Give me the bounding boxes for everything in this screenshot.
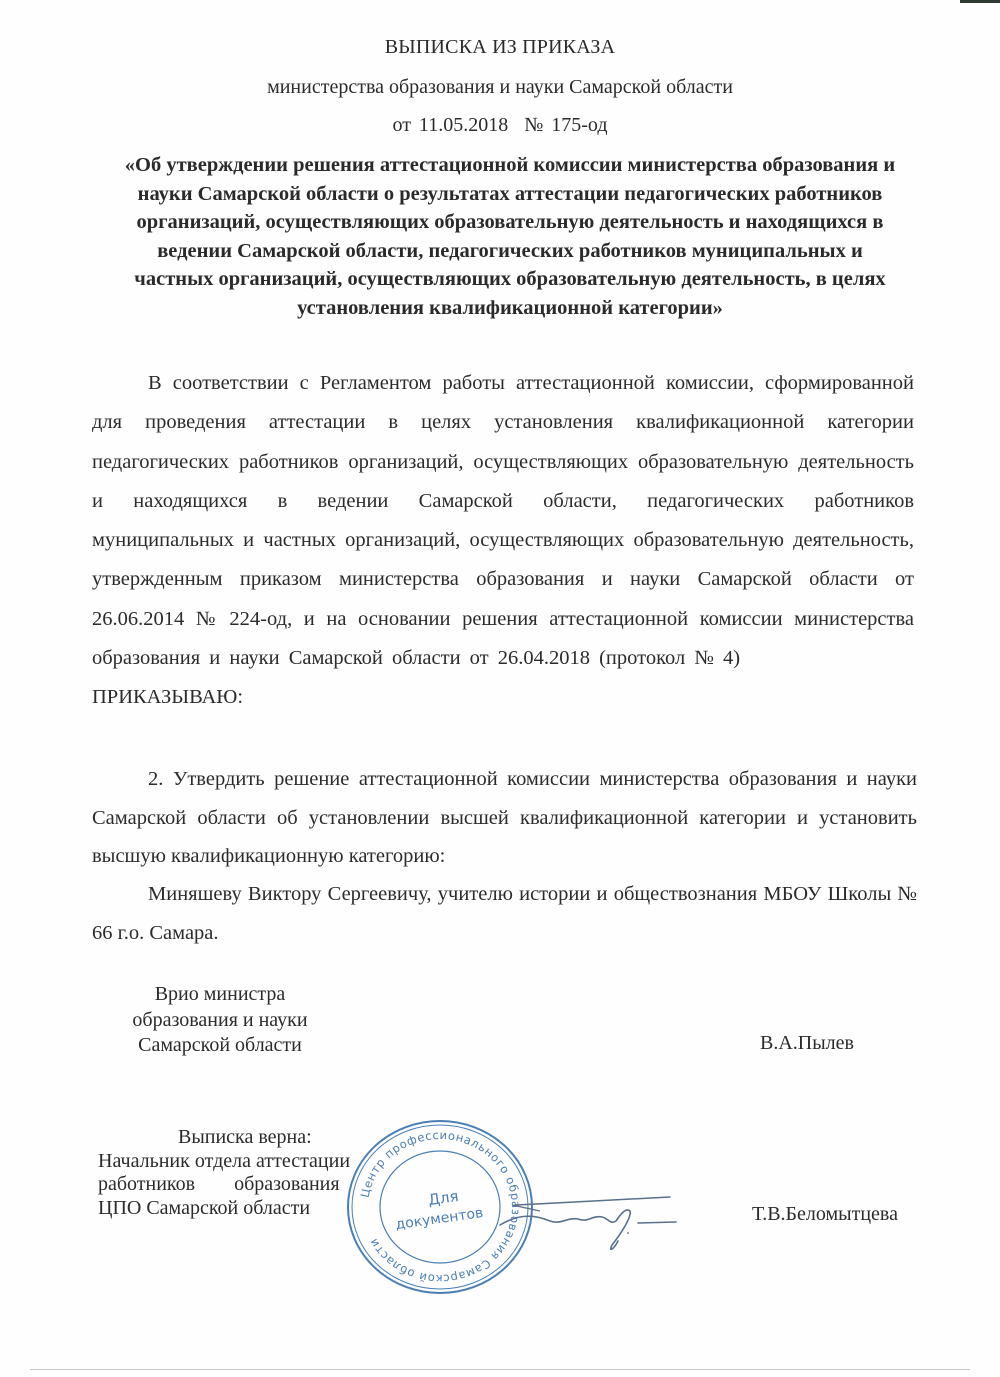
preamble-paragraph: В соответствии с Регламентом работы атте…: [92, 364, 914, 718]
signatory-2-title-line: ЦПО Самарской области: [98, 1197, 350, 1221]
document-page: ВЫПИСКА ИЗ ПРИКАЗА министерства образова…: [0, 0, 1000, 1377]
signatory-1-title-line: Самарской области: [100, 1033, 340, 1059]
appointee-paragraph: Миняшеву Виктору Сергеевичу, учителю ист…: [92, 875, 917, 953]
signatory-1-title-line: образования и науки: [100, 1008, 340, 1034]
order-word: ПРИКАЗЫВАЮ:: [92, 678, 914, 717]
stamp-center-text-1: Для: [427, 1187, 460, 1209]
document-title: ВЫПИСКА ИЗ ПРИКАЗА: [0, 36, 1000, 59]
certification-label: Выписка верна:: [98, 1126, 350, 1150]
signatory-2-title-line: работников образования: [98, 1173, 350, 1197]
signatory-2-title: Выписка верна: Начальник отдела аттестац…: [98, 1126, 350, 1220]
signature-icon: [480, 1185, 680, 1265]
order-heading: «Об утверждении решения аттестационной к…: [120, 151, 900, 323]
scan-bottom-edge: [30, 1369, 970, 1370]
order-item-2: 2. Утвердить решение аттестационной коми…: [92, 760, 917, 876]
signatory-1-title: Врио министра образования и науки Самарс…: [100, 982, 340, 1059]
order-date-number: от 11.05.2018 № 175-од: [0, 114, 1000, 137]
preamble-text: В соответствии с Регламентом работы атте…: [92, 372, 914, 669]
signatory-2-title-line: Начальник отдела аттестации: [98, 1150, 350, 1174]
signatory-1-name: В.А.Пылев: [760, 1032, 854, 1055]
stamp-center-text-2: документов: [395, 1205, 485, 1233]
signatory-2-name: Т.В.Беломытцева: [752, 1203, 898, 1226]
issuer-line: министерства образования и науки Самарск…: [0, 76, 1000, 99]
signatory-1-title-line: Врио министра: [100, 982, 340, 1008]
scan-edge: [960, 0, 1000, 3]
